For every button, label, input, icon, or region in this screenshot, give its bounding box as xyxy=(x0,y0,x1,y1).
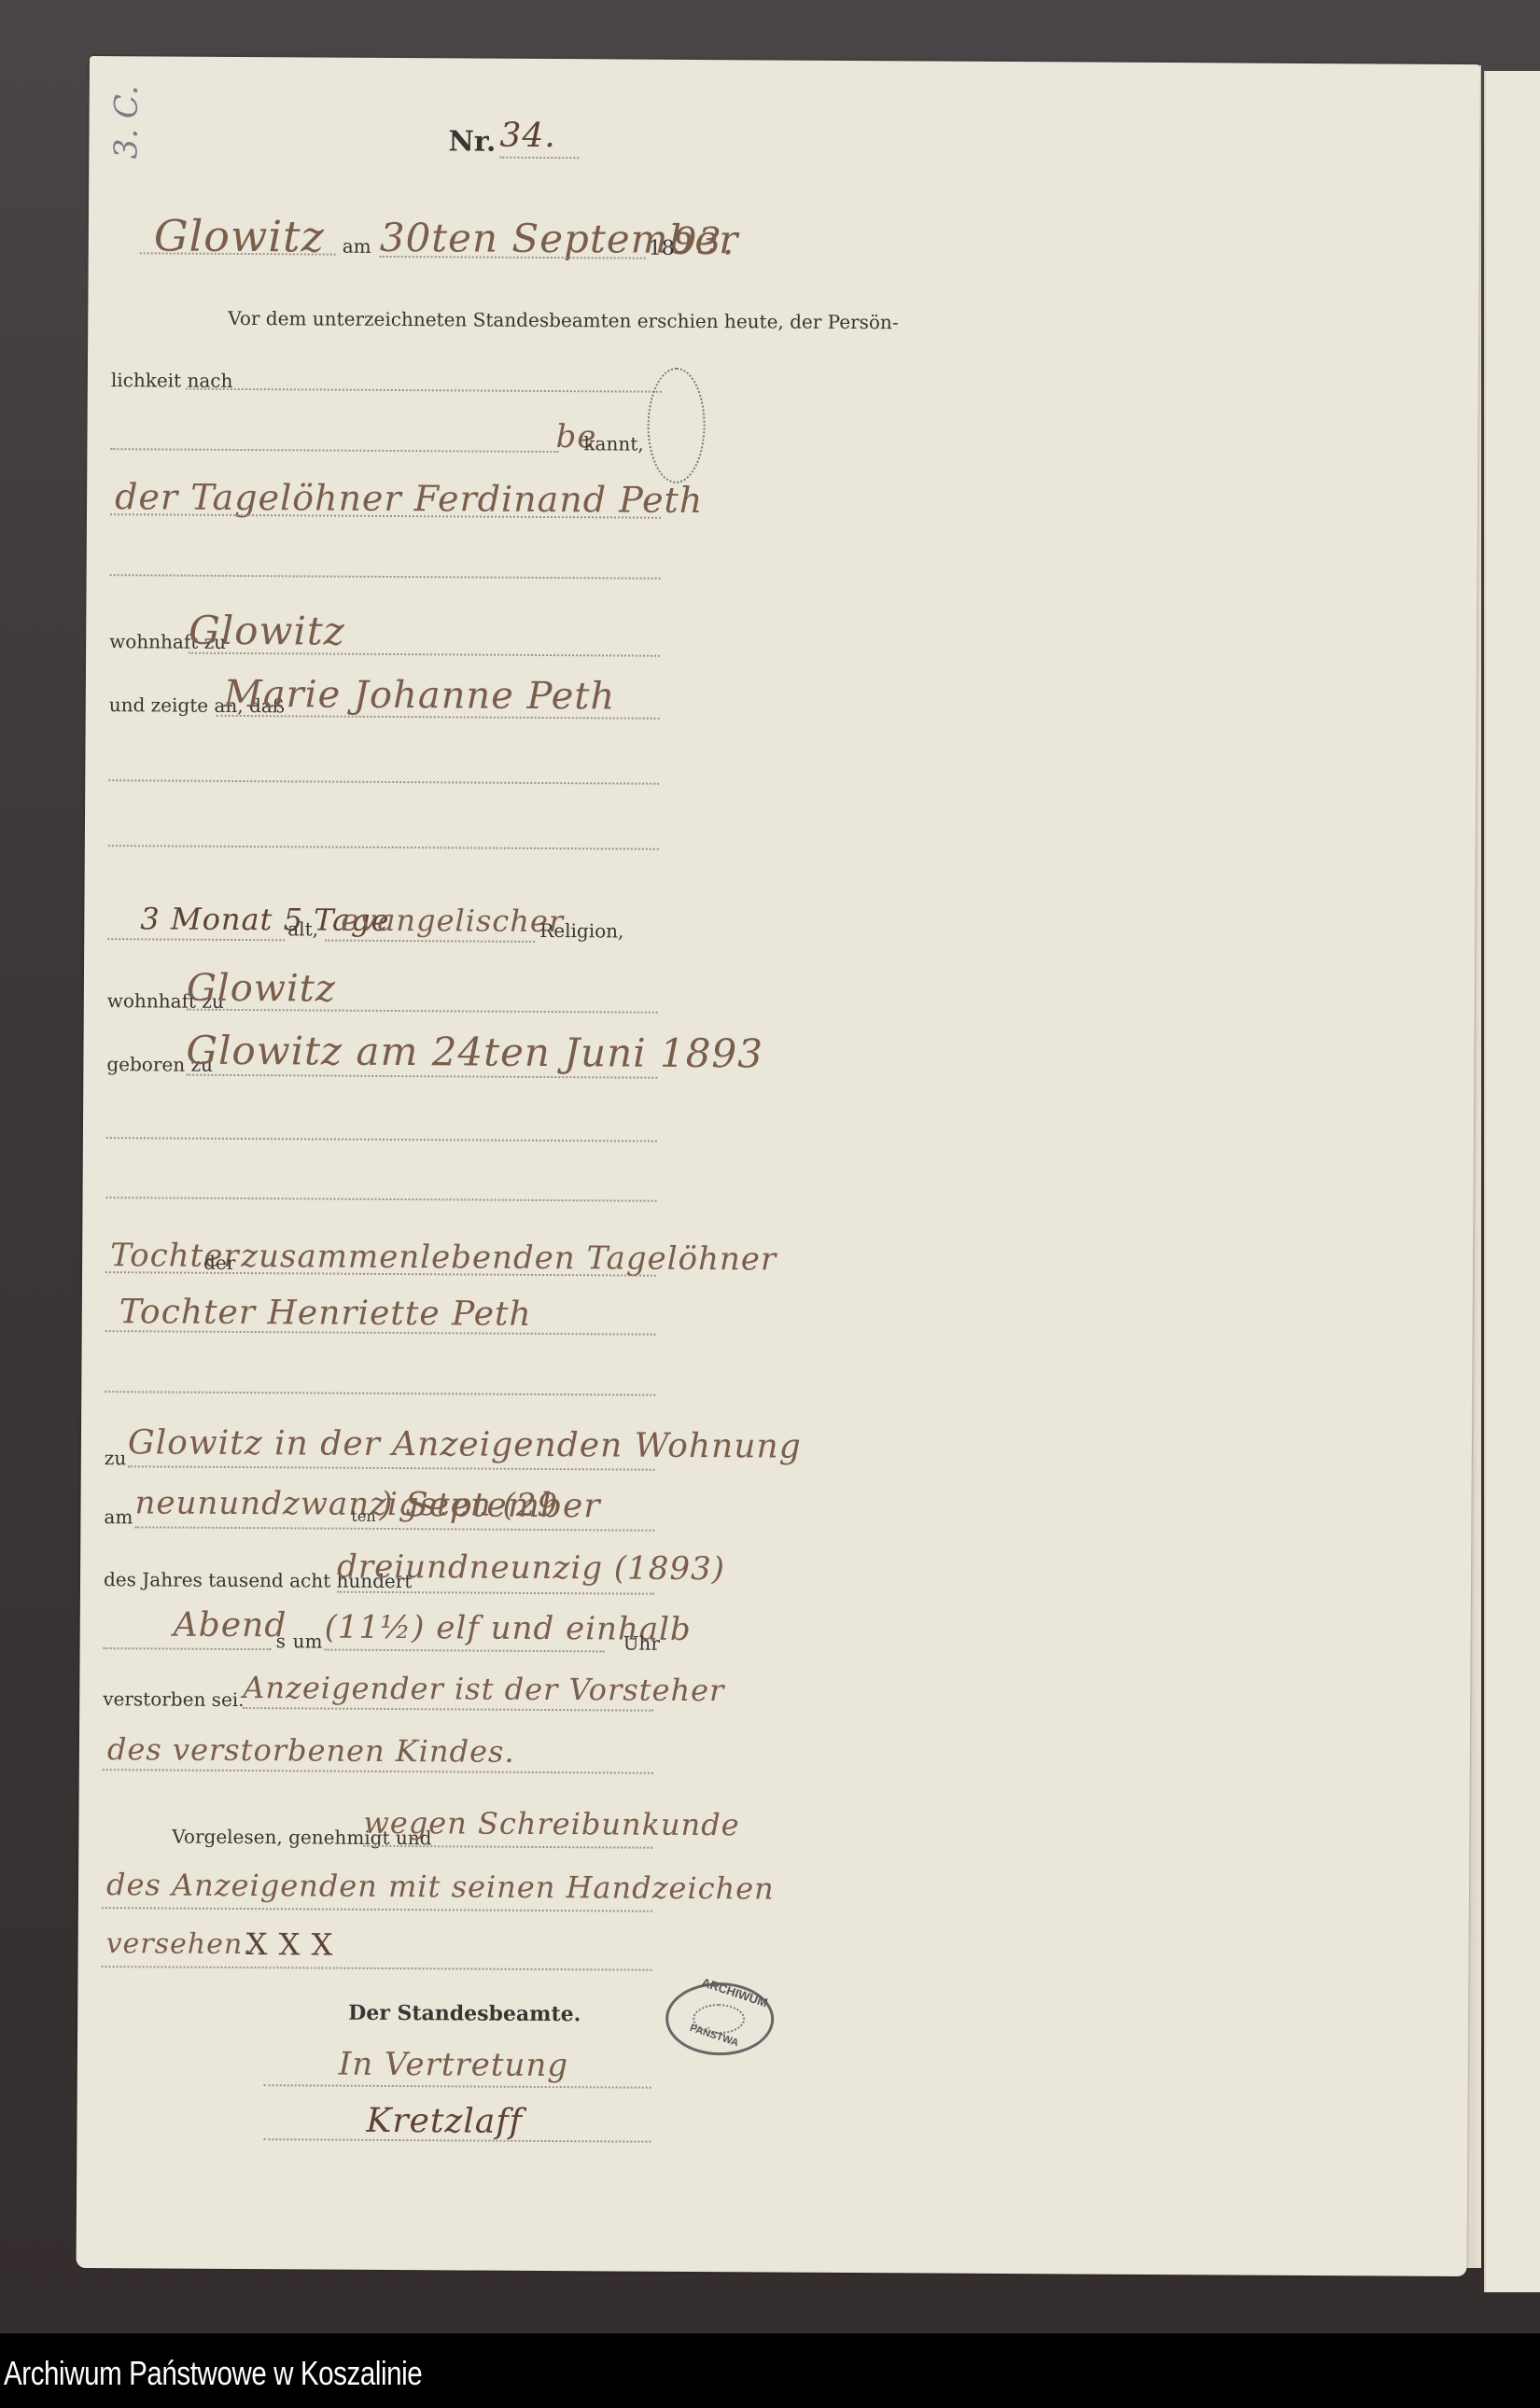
read-value: wegen Schreibunkunde xyxy=(363,1805,739,1842)
dotted-line xyxy=(106,1137,657,1142)
death-time-um: um xyxy=(293,1630,323,1652)
dotted-line xyxy=(110,574,661,580)
death-day-label: am xyxy=(104,1505,133,1528)
dotted-line xyxy=(108,779,659,785)
known-suffix: kannt, xyxy=(583,432,643,455)
dotted-line xyxy=(107,938,285,941)
dotted-line xyxy=(105,1330,656,1336)
dotted-line xyxy=(134,1526,654,1531)
register-page: 3. C. Nr. 34. Glowitz am 30ten September… xyxy=(77,56,1480,2276)
dotted-line xyxy=(108,845,659,850)
dotted-line xyxy=(186,388,662,393)
dotted-line xyxy=(105,1391,655,1396)
dotted-line xyxy=(103,1769,653,1774)
year-suffix: 93. xyxy=(673,220,735,263)
dotted-line xyxy=(101,1966,651,1971)
residence-value: Glowitz xyxy=(189,608,345,654)
official-sign-2: Kretzlaff xyxy=(366,2102,523,2141)
remark-1: Anzeigender ist der Vorsteher xyxy=(243,1670,724,1708)
dotted-line xyxy=(189,652,660,657)
archive-name: Archiwum Państwowe w Koszalinie xyxy=(4,2354,422,2393)
dotted-line xyxy=(325,1649,605,1653)
faded-stamp xyxy=(647,368,706,483)
parents-line2: Tochter Henriette Peth xyxy=(119,1293,532,1334)
read-value-2: des Anzeigenden mit seinen Handzeichen xyxy=(106,1867,775,1906)
remark-2: des verstorbenen Kindes. xyxy=(107,1731,515,1770)
dotted-line xyxy=(104,1647,272,1650)
facing-page-edge xyxy=(1484,71,1540,2292)
dotted-line xyxy=(110,448,558,453)
deceased-label: verstorben sei. xyxy=(103,1687,244,1711)
dotted-line xyxy=(263,2138,651,2143)
death-day-ten: ten xyxy=(351,1507,375,1525)
deceased-residence-value: Glowitz xyxy=(187,967,336,1011)
hand-marks: X X X xyxy=(246,1926,334,1963)
born-value: Glowitz am 24ten Juni 1893 xyxy=(186,1028,763,1077)
death-year-value: dreiundneunzig (1893) xyxy=(337,1548,725,1589)
dotted-line xyxy=(243,1707,653,1712)
religion-value: evangelischer xyxy=(341,903,564,939)
dotted-line xyxy=(337,1591,654,1595)
year-prefix: 18 xyxy=(649,237,675,260)
archive-stamp: ARCHIWUM PAŃSTWA xyxy=(665,1982,774,2056)
read-value-3: versehen. xyxy=(106,1927,253,1961)
death-place-value: Glowitz in der Anzeigenden Wohnung xyxy=(128,1423,802,1465)
official-sign-1: In Vertretung xyxy=(339,2046,568,2085)
official-title: Der Standesbeamte. xyxy=(348,2001,581,2027)
death-place-label: zu xyxy=(105,1447,127,1469)
death-time-uhr: Uhr xyxy=(623,1632,660,1655)
margin-note: 3. C. xyxy=(107,85,145,159)
death-day-month: ) September xyxy=(379,1486,600,1525)
archive-footer: Archiwum Państwowe w Koszalinie xyxy=(0,2333,1540,2408)
number-value: 34. xyxy=(499,117,556,155)
age-label: alt, xyxy=(287,917,318,940)
dotted-line xyxy=(106,1197,657,1202)
deceased-name: Marie Johanne Peth xyxy=(224,673,616,719)
number-label: Nr. xyxy=(448,125,496,158)
dotted-line xyxy=(325,940,535,943)
dotted-line xyxy=(264,2084,651,2089)
dotted-line xyxy=(499,157,579,160)
date-prefix: am xyxy=(343,235,371,258)
dotted-line xyxy=(187,1009,658,1014)
dotted-line xyxy=(128,1465,655,1470)
death-time-value: Abend xyxy=(174,1606,287,1645)
religion-label: Religion, xyxy=(539,919,623,943)
death-time-s: s xyxy=(276,1630,286,1652)
parents-line1-print: der xyxy=(203,1252,235,1274)
dotted-line xyxy=(102,1907,652,1912)
intro-line: Vor dem unterzeichneten Standesbeamten e… xyxy=(228,307,898,333)
